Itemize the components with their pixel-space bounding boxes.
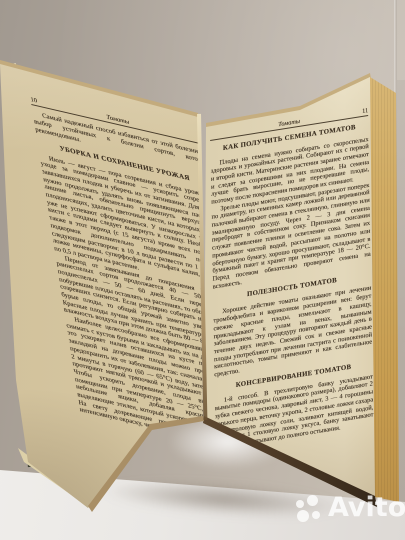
right-page-text: Томаты 11 КАК ПОЛУЧИТЬ СЕМЕНА ТОМАТОВ Пл… [210,107,374,452]
avito-logo-dot [296,500,304,508]
avito-watermark: Avito [296,495,405,524]
avito-logo-dot [307,495,318,506]
avito-logo-dot [312,511,320,519]
book-photo-scene: 10 Томаты Самый надежный способ избавить… [0,0,405,540]
avito-logo-dot [297,510,309,522]
avito-logo-icon [296,495,324,524]
avito-watermark-text: Avito [328,494,405,521]
